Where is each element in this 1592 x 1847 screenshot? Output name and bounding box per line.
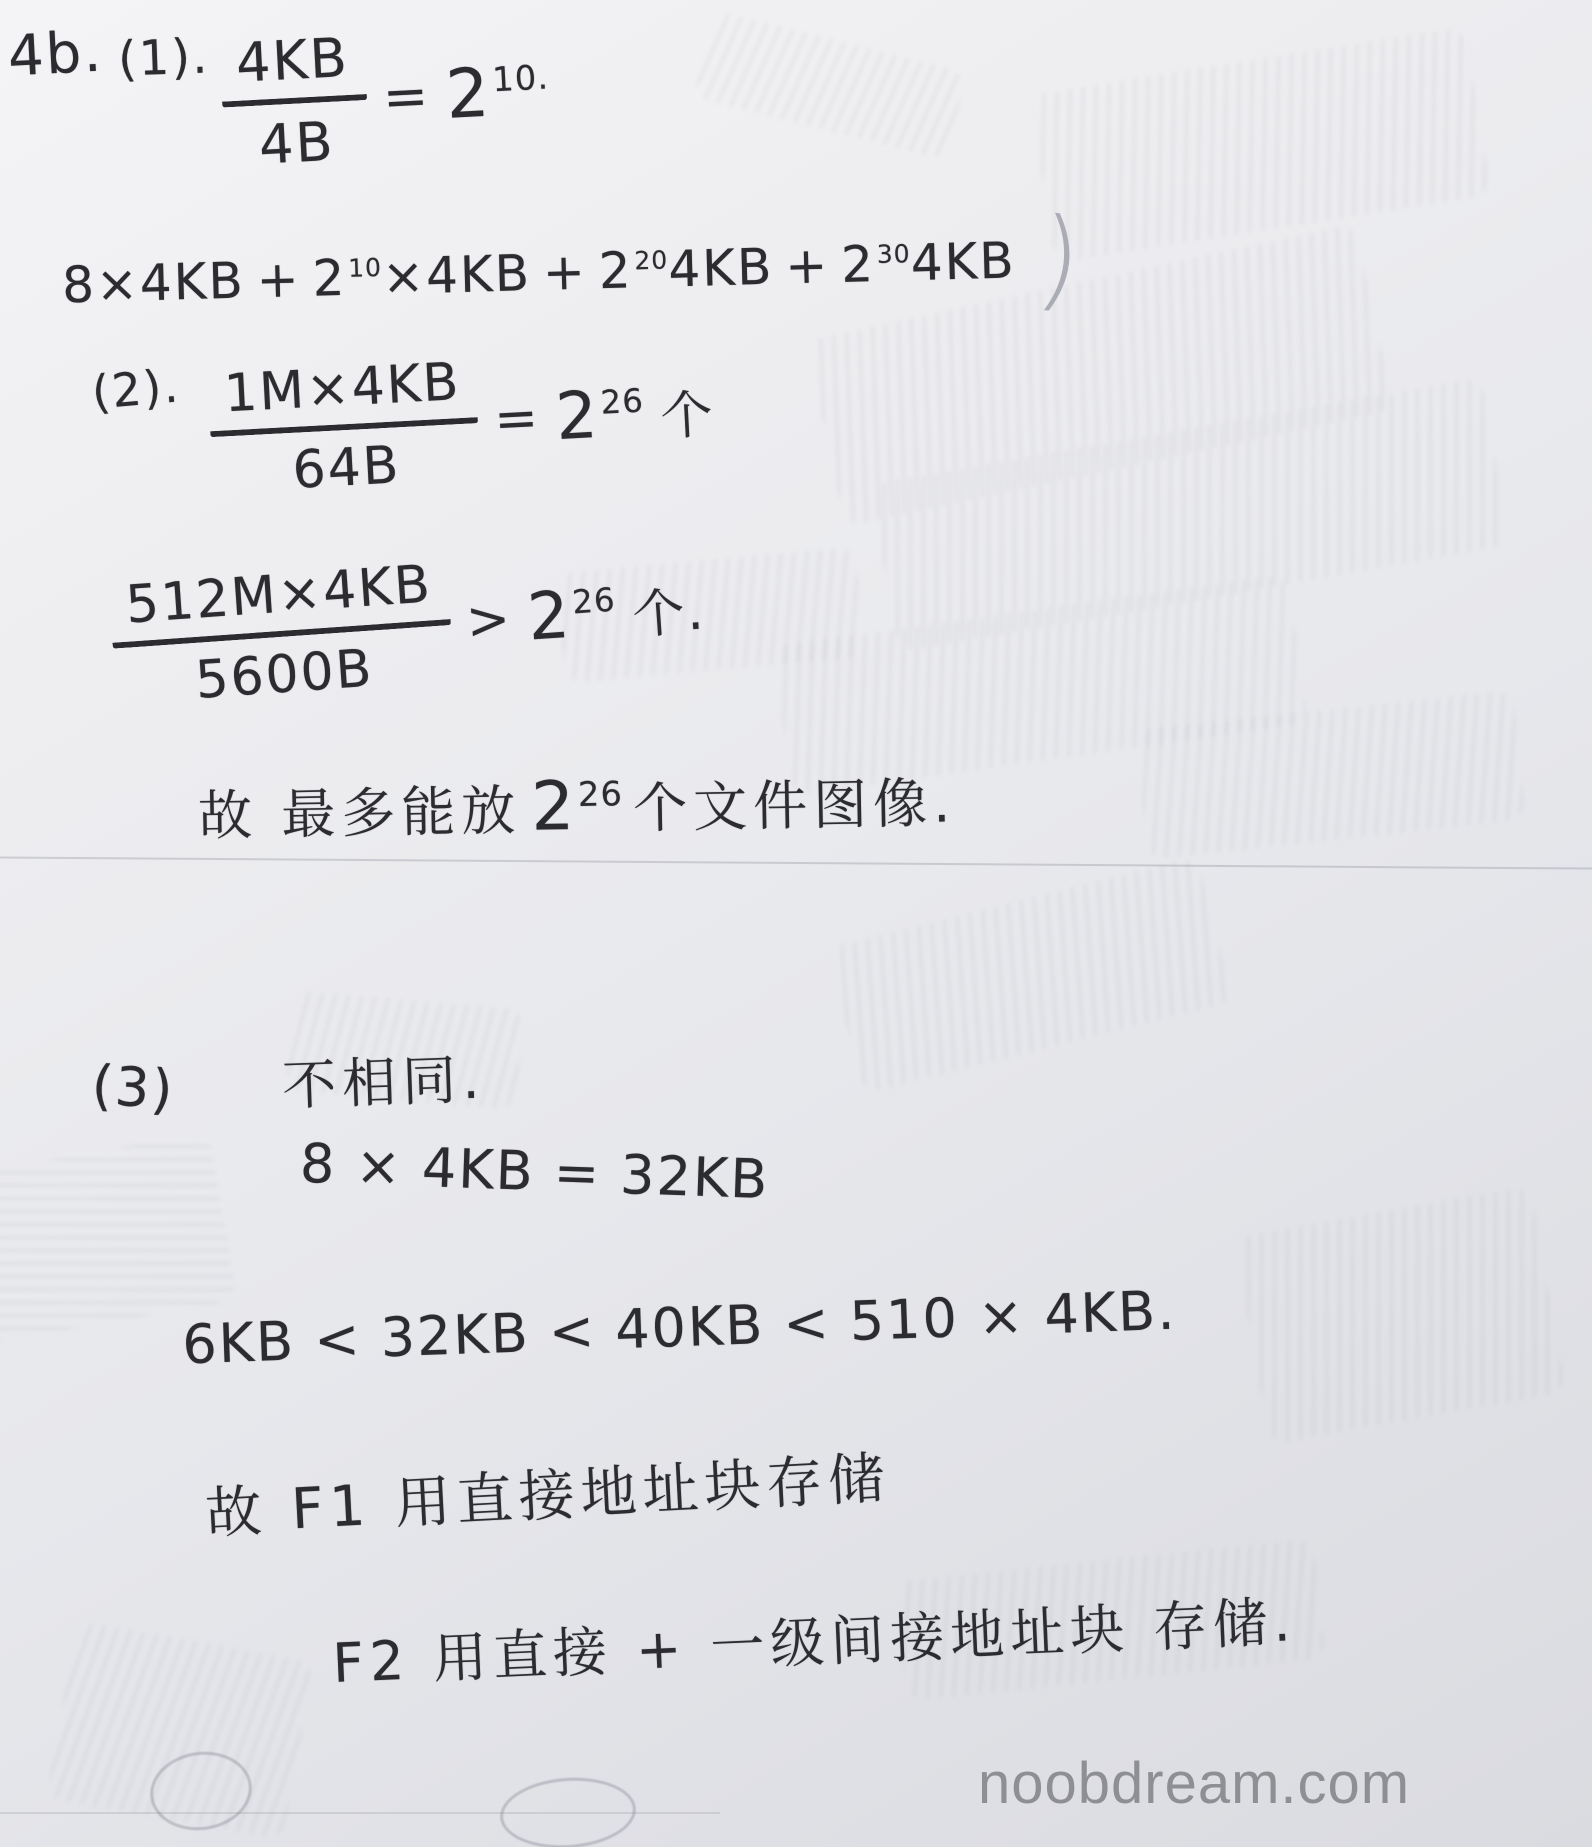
- part2-equation-2: 512M×4KB 5600B > 226 个.: [108, 535, 710, 716]
- fraction: 1M×4KB 64B: [207, 351, 482, 505]
- part1-equation: 4KB 4B = 210.: [218, 16, 553, 179]
- conclusion-prefix: 故 最多能放: [197, 768, 521, 851]
- part2-label: (2).: [90, 358, 182, 419]
- fraction: 4KB 4B: [218, 25, 370, 178]
- bleed-through-smudge: [1029, 27, 1490, 264]
- equals-sign: =: [381, 63, 431, 128]
- pencil-parenthesis: ): [1031, 193, 1090, 325]
- part3-equation: 8 × 4KB = 32KB: [299, 1132, 770, 1211]
- power-term: 226: [554, 375, 647, 455]
- greater-than-sign: >: [464, 589, 514, 652]
- fraction-numerator: 512M×4KB: [108, 553, 451, 648]
- problem-number: 4b.: [6, 20, 104, 90]
- plus-sign: +: [542, 243, 587, 302]
- sum-term-4: 2304KB: [840, 231, 1016, 294]
- part2-equation-1: 1M×4KB 64B = 226 个: [207, 339, 718, 505]
- part2-conclusion: 故 最多能放 226 个文件图像.: [197, 759, 957, 851]
- bleed-through-smudge: [1234, 1186, 1566, 1445]
- fraction-numerator: 1M×4KB: [207, 351, 479, 437]
- fraction-denominator: 64B: [291, 427, 402, 501]
- sum-term-2: 210×4KB: [312, 244, 532, 308]
- sum-term-1: 8×4KB: [61, 252, 245, 315]
- plus-sign: +: [256, 250, 301, 309]
- part3-conclusion-f1: 故 F1 用直接地址块存储: [203, 1434, 892, 1550]
- power-term: 210.: [444, 49, 552, 133]
- power-term: 226: [525, 574, 619, 655]
- paper-crease: [0, 856, 1592, 869]
- unit-ge: 个.: [630, 568, 708, 648]
- part3-inequality: 6KB < 32KB < 40KB < 510 × 4KB.: [181, 1279, 1177, 1377]
- unit-ge: 个: [658, 371, 716, 449]
- fraction-numerator: 4KB: [218, 25, 367, 107]
- conclusion-suffix: 个文件图像.: [632, 760, 956, 843]
- equals-sign: =: [493, 388, 542, 450]
- fraction: 512M×4KB 5600B: [108, 553, 455, 716]
- sum-term-3: 2204KB: [598, 238, 774, 301]
- bleed-through-smudge: [693, 10, 967, 160]
- site-watermark: noobdream.com: [978, 1750, 1410, 1817]
- fraction-denominator: 5600B: [193, 631, 375, 711]
- part1-label: (1).: [117, 28, 210, 87]
- plus-sign: +: [785, 236, 830, 295]
- part3-label: (3): [90, 1053, 177, 1122]
- notebook-photo: 4b. (1). 4KB 4B = 210. 8×4KB + 210×4KB +…: [0, 0, 1592, 1847]
- pencil-circle-mark: [498, 1773, 639, 1847]
- part1-sum-line: 8×4KB + 210×4KB + 2204KB + 2304KB ): [60, 195, 1084, 350]
- part3-conclusion-f2: F2 用直接 + 一级间接地址块 存储.: [331, 1579, 1298, 1698]
- power-term: 226: [530, 765, 623, 846]
- bleed-through-smudge: [827, 856, 1232, 1093]
- part3-line-different: 不相同.: [281, 1036, 487, 1120]
- fraction-denominator: 4B: [257, 102, 336, 177]
